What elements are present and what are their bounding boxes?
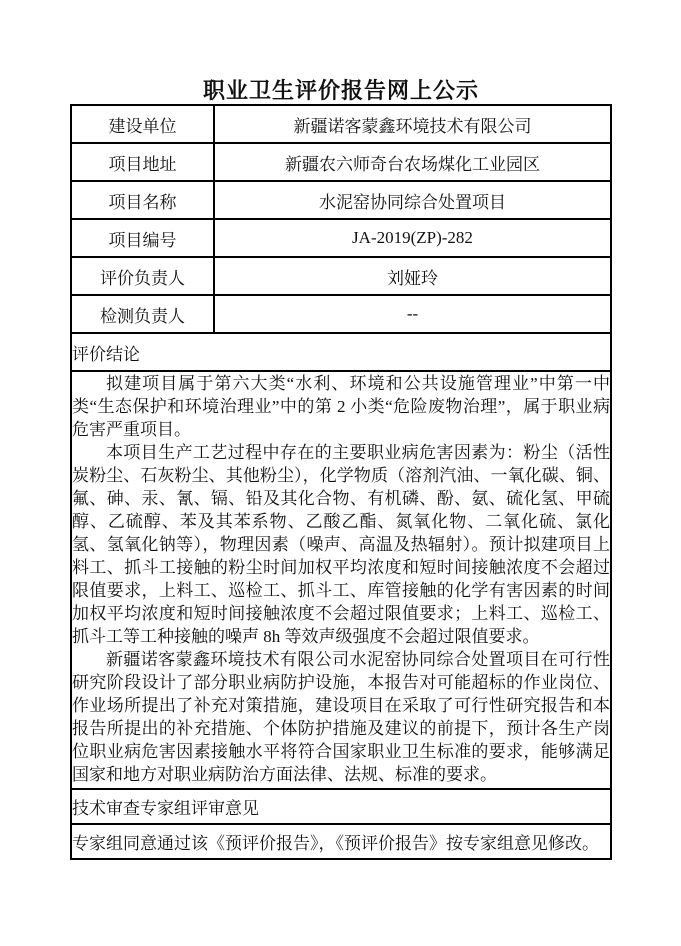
conclusion-paragraph-3: 新疆诺客蒙鑫环境技术有限公司水泥窑协同综合处置项目在可行性研究阶段设计了部分职业… (72, 648, 610, 786)
conclusion-paragraph-2: 本项目生产工艺过程中存在的主要职业病危害因素为：粉尘（活性炭粉尘、石灰粉尘、其他… (72, 441, 610, 648)
document-page: 职业卫生评价报告网上公示 建设单位 新疆诺客蒙鑫环境技术有限公司 项目地址 新疆… (0, 0, 681, 946)
table-row-review-header: 技术审查专家组评审意见 (71, 789, 611, 824)
table-row-conclusion-body: 拟建项目属于第六大类“水利、环境和公共设施管理业”中第一中类“生态保护和环境治理… (71, 371, 611, 789)
table-row-construction-unit: 建设单位 新疆诺客蒙鑫环境技术有限公司 (71, 105, 611, 143)
field-label-project-number: 项目编号 (71, 219, 214, 257)
review-comment: 专家组同意通过该《预评价报告》，《预评价报告》按专家组意见修改。 (71, 824, 611, 859)
document-title: 职业卫生评价报告网上公示 (71, 74, 611, 105)
field-value-project-name: 水泥窑协同综合处置项目 (214, 181, 611, 219)
field-value-testing-leader: -- (214, 295, 611, 333)
table-row-evaluation-leader: 评价负责人 刘娅玲 (71, 257, 611, 295)
field-value-evaluation-leader: 刘娅玲 (214, 257, 611, 295)
field-label-project-name: 项目名称 (71, 181, 214, 219)
conclusion-header: 评价结论 (71, 333, 611, 371)
field-label-testing-leader: 检测负责人 (71, 295, 214, 333)
field-label-project-address: 项目地址 (71, 143, 214, 181)
table-row-project-number: 项目编号 JA-2019(ZP)-282 (71, 219, 611, 257)
field-label-construction-unit: 建设单位 (71, 105, 214, 143)
table-row-conclusion-header: 评价结论 (71, 333, 611, 371)
table-row-review-comment: 专家组同意通过该《预评价报告》，《预评价报告》按专家组意见修改。 (71, 824, 611, 859)
conclusion-paragraph-1: 拟建项目属于第六大类“水利、环境和公共设施管理业”中第一中类“生态保护和环境治理… (72, 372, 610, 441)
publicity-table: 建设单位 新疆诺客蒙鑫环境技术有限公司 项目地址 新疆农六师奇台农场煤化工业园区… (70, 104, 612, 860)
field-label-evaluation-leader: 评价负责人 (71, 257, 214, 295)
conclusion-body: 拟建项目属于第六大类“水利、环境和公共设施管理业”中第一中类“生态保护和环境治理… (71, 371, 611, 789)
field-value-project-address: 新疆农六师奇台农场煤化工业园区 (214, 143, 611, 181)
table-row-project-name: 项目名称 水泥窑协同综合处置项目 (71, 181, 611, 219)
review-header: 技术审查专家组评审意见 (71, 789, 611, 824)
field-value-construction-unit: 新疆诺客蒙鑫环境技术有限公司 (214, 105, 611, 143)
table-row-project-address: 项目地址 新疆农六师奇台农场煤化工业园区 (71, 143, 611, 181)
field-value-project-number: JA-2019(ZP)-282 (214, 219, 611, 257)
table-row-testing-leader: 检测负责人 -- (71, 295, 611, 333)
